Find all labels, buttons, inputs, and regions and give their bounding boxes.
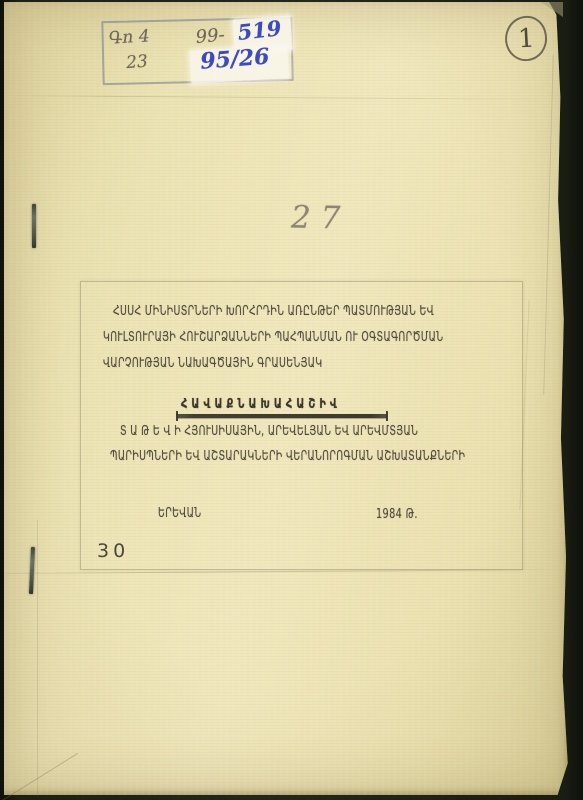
subject-line-2: ՊԱՐԻՍՊՆԵՐԻ ԵՎ ԱՇՏԱՐԱԿՆԵՐԻ ՎԵՐԱՆՈՐՈԳՄԱՆ Ա… xyxy=(110,449,465,464)
stamp-pencil-number-2: 23 xyxy=(126,52,149,74)
document-title: Հ Ա Վ Ա Ք Ն Ա Խ Ա Հ Ա Շ Ի Վ xyxy=(181,396,337,412)
title-underline xyxy=(177,414,387,418)
page-number: 1 xyxy=(517,25,535,52)
org-name-line-2: ԿՈՒԼՏՈՒՐԱՅԻ ՀՈՒՇԱՐՁԱՆՆԵՐԻ ՊԱՀՊԱՆՄԱՆ ՈՒ Օ… xyxy=(103,330,443,345)
org-name-line-1: ՀՍՍՀ ՄԻՆԻՍՏՐՆԵՐԻ ԽՈՐՀՐԴԻՆ ԱՌԸՆԹԵՐ ՊԱՏՄՈՒ… xyxy=(113,304,434,319)
stamp-ink-fraction: 95/26 xyxy=(199,44,270,75)
folded-corner xyxy=(541,2,563,17)
inventory-number-pencil: 30 xyxy=(97,540,129,562)
stamp-fond-code: Գո 4 xyxy=(108,26,150,48)
scanned-page: Գո 4 99- 519 23 95/26 1 27 ՀՍՍՀ ՄԻՆԻՍՏՐՆ… xyxy=(0,0,583,800)
archive-stamp: Գո 4 99- 519 23 95/26 xyxy=(101,17,293,85)
year-label: 1984 Թ. xyxy=(376,506,418,522)
stamp-ink-number: 519 xyxy=(236,15,282,45)
staple-top xyxy=(32,204,36,248)
city-label: ԵՐԵՎԱՆ xyxy=(158,506,201,521)
org-name-line-3: ՎԱՐՉՈՒԹՅԱՆ ՆԱԽԱԳԾԱՅԻՆ ԳՐԱՍԵՆՅԱԿ xyxy=(103,356,323,371)
sheet-number-pencil: 27 xyxy=(291,199,351,236)
stamp-pencil-number: 99- xyxy=(195,24,226,48)
subject-line-1: Տ Ա Թ Ե Վ Ի ՀՅՈՒՍԻՍԱՅԻՆ, ԱՐԵՎԵԼՅԱՆ ԵՎ ԱՐ… xyxy=(120,424,418,439)
